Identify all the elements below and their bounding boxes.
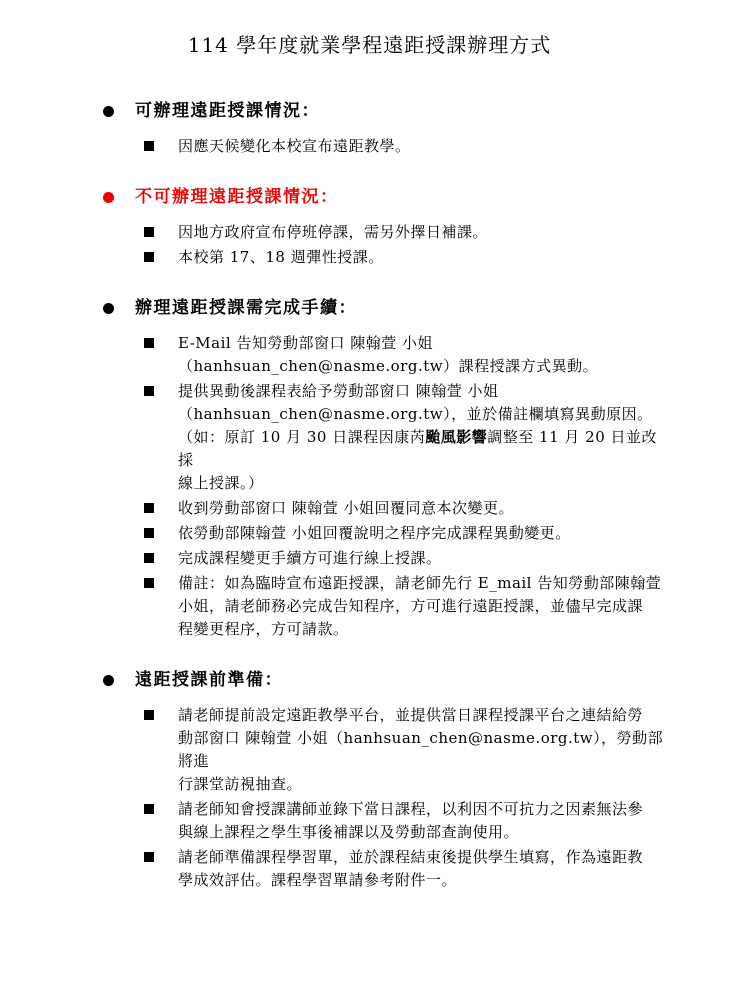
bullet-circle-icon bbox=[103, 192, 114, 203]
section: 辦理遠距授課需完成手續： E-Mail 告知勞動部窗口 陳翰萱 小姐 （hanh… bbox=[103, 298, 669, 641]
section-heading-row: 遠距授課前準備： bbox=[103, 670, 669, 690]
section-heading: 遠距授課前準備： bbox=[135, 670, 283, 690]
document-page: 114 學年度就業學程遠距授課辦理方式 可辦理遠距授課情況： 因應天候變化本校宣… bbox=[0, 0, 739, 996]
section-heading-row: 可辦理遠距授課情況： bbox=[103, 101, 669, 121]
item-text: 依勞動部陳翰萱 小姐回覆說明之程序完成課程異動變更。 bbox=[178, 522, 571, 545]
item-text: 提供異動後課程表給予勞動部窗口 陳翰萱 小姐 （hanhsuan_chen@na… bbox=[178, 380, 669, 495]
list-item: 請老師提前設定遠距教學平台，並提供當日課程授課平台之連結給勞 動部窗口 陳翰萱 … bbox=[144, 704, 669, 796]
item-text-segment: 請老師提前設定遠距教學平台，並提供當日課程授課平台之連結給勞 動部窗口 陳翰萱 … bbox=[178, 706, 663, 793]
list-item: 因應天候變化本校宣布遠距教學。 bbox=[144, 135, 669, 158]
item-text-segment: 請老師知會授課講師並錄下當日課程，以利因不可抗力之因素無法參 與線上課程之學生事… bbox=[178, 800, 643, 841]
sections: 可辦理遠距授課情況： 因應天候變化本校宣布遠距教學。 不可辦理遠距授課情況： 因… bbox=[103, 101, 669, 892]
list-item: 請老師準備課程學習單，並於課程結束後提供學生填寫，作為遠距教 學成效評估。課程學… bbox=[144, 846, 669, 892]
bullet-square-icon bbox=[144, 710, 154, 720]
bullet-square-icon bbox=[144, 528, 154, 538]
list-item: 請老師知會授課講師並錄下當日課程，以利因不可抗力之因素無法參 與線上課程之學生事… bbox=[144, 798, 669, 844]
item-text-bold-segment: 颱風影響 bbox=[425, 428, 487, 446]
bullet-square-icon bbox=[144, 227, 154, 237]
bullet-square-icon bbox=[144, 141, 154, 151]
list-item: 收到勞動部窗口 陳翰萱 小姐回覆同意本次變更。 bbox=[144, 497, 669, 520]
list-item: 完成課程變更手續方可進行線上授課。 bbox=[144, 547, 669, 570]
item-text: 收到勞動部窗口 陳翰萱 小姐回覆同意本次變更。 bbox=[178, 497, 514, 520]
section-heading: 可辦理遠距授課情況： bbox=[135, 101, 320, 121]
section-items: 因應天候變化本校宣布遠距教學。 bbox=[144, 135, 669, 158]
item-text-segment: 本校第 17、18 週彈性授課。 bbox=[178, 248, 384, 266]
item-text-segment: 收到勞動部窗口 陳翰萱 小姐回覆同意本次變更。 bbox=[178, 499, 514, 517]
document-content: 可辦理遠距授課情況： 因應天候變化本校宣布遠距教學。 不可辦理遠距授課情況： 因… bbox=[0, 101, 739, 892]
item-text-segment: 依勞動部陳翰萱 小姐回覆說明之程序完成課程異動變更。 bbox=[178, 524, 571, 542]
bullet-circle-icon bbox=[103, 675, 114, 686]
list-item: 因地方政府宣布停班停課，需另外擇日補課。 bbox=[144, 221, 669, 244]
page-title: 114 學年度就業學程遠距授課辦理方式 bbox=[0, 0, 739, 57]
item-text: E-Mail 告知勞動部窗口 陳翰萱 小姐 （hanhsuan_chen@nas… bbox=[178, 332, 598, 378]
item-text-segment: 請老師準備課程學習單，並於課程結束後提供學生填寫，作為遠距教 學成效評估。課程學… bbox=[178, 848, 643, 889]
bullet-circle-icon bbox=[103, 106, 114, 117]
item-text: 因地方政府宣布停班停課，需另外擇日補課。 bbox=[178, 221, 488, 244]
section-heading-row: 不可辦理遠距授課情況： bbox=[103, 187, 669, 207]
bullet-circle-icon bbox=[103, 303, 114, 314]
section: 不可辦理遠距授課情況： 因地方政府宣布停班停課，需另外擇日補課。 本校第 17、… bbox=[103, 187, 669, 269]
list-item: E-Mail 告知勞動部窗口 陳翰萱 小姐 （hanhsuan_chen@nas… bbox=[144, 332, 669, 378]
bullet-square-icon bbox=[144, 852, 154, 862]
item-text: 請老師準備課程學習單，並於課程結束後提供學生填寫，作為遠距教 學成效評估。課程學… bbox=[178, 846, 643, 892]
bullet-square-icon bbox=[144, 553, 154, 563]
item-text: 完成課程變更手續方可進行線上授課。 bbox=[178, 547, 442, 570]
bullet-square-icon bbox=[144, 252, 154, 262]
item-text-segment: E-Mail 告知勞動部窗口 陳翰萱 小姐 （hanhsuan_chen@nas… bbox=[178, 334, 598, 375]
item-text: 請老師知會授課講師並錄下當日課程，以利因不可抗力之因素無法參 與線上課程之學生事… bbox=[178, 798, 643, 844]
item-text: 因應天候變化本校宣布遠距教學。 bbox=[178, 135, 411, 158]
section-heading-row: 辦理遠距授課需完成手續： bbox=[103, 298, 669, 318]
section-heading: 不可辦理遠距授課情況： bbox=[135, 187, 339, 207]
list-item: 提供異動後課程表給予勞動部窗口 陳翰萱 小姐 （hanhsuan_chen@na… bbox=[144, 380, 669, 495]
section: 遠距授課前準備： 請老師提前設定遠距教學平台，並提供當日課程授課平台之連結給勞 … bbox=[103, 670, 669, 892]
item-text-segment: 備註：如為臨時宣布遠距授課，請老師先行 E_mail 告知勞動部陳翰萱 小姐，請… bbox=[178, 574, 661, 638]
list-item: 依勞動部陳翰萱 小姐回覆說明之程序完成課程異動變更。 bbox=[144, 522, 669, 545]
item-text-segment: 因應天候變化本校宣布遠距教學。 bbox=[178, 137, 411, 155]
section: 可辦理遠距授課情況： 因應天候變化本校宣布遠距教學。 bbox=[103, 101, 669, 158]
section-heading: 辦理遠距授課需完成手續： bbox=[135, 298, 357, 318]
item-text: 請老師提前設定遠距教學平台，並提供當日課程授課平台之連結給勞 動部窗口 陳翰萱 … bbox=[178, 704, 669, 796]
bullet-square-icon bbox=[144, 578, 154, 588]
section-items: 因地方政府宣布停班停課，需另外擇日補課。 本校第 17、18 週彈性授課。 bbox=[144, 221, 669, 269]
bullet-square-icon bbox=[144, 503, 154, 513]
list-item: 本校第 17、18 週彈性授課。 bbox=[144, 246, 669, 269]
item-text: 備註：如為臨時宣布遠距授課，請老師先行 E_mail 告知勞動部陳翰萱 小姐，請… bbox=[178, 572, 661, 641]
list-item: 備註：如為臨時宣布遠距授課，請老師先行 E_mail 告知勞動部陳翰萱 小姐，請… bbox=[144, 572, 669, 641]
item-text: 本校第 17、18 週彈性授課。 bbox=[178, 246, 384, 269]
item-text-segment: 完成課程變更手續方可進行線上授課。 bbox=[178, 549, 442, 567]
section-items: E-Mail 告知勞動部窗口 陳翰萱 小姐 （hanhsuan_chen@nas… bbox=[144, 332, 669, 641]
bullet-square-icon bbox=[144, 338, 154, 348]
bullet-square-icon bbox=[144, 804, 154, 814]
section-items: 請老師提前設定遠距教學平台，並提供當日課程授課平台之連結給勞 動部窗口 陳翰萱 … bbox=[144, 704, 669, 892]
bullet-square-icon bbox=[144, 386, 154, 396]
item-text-segment: 因地方政府宣布停班停課，需另外擇日補課。 bbox=[178, 223, 488, 241]
